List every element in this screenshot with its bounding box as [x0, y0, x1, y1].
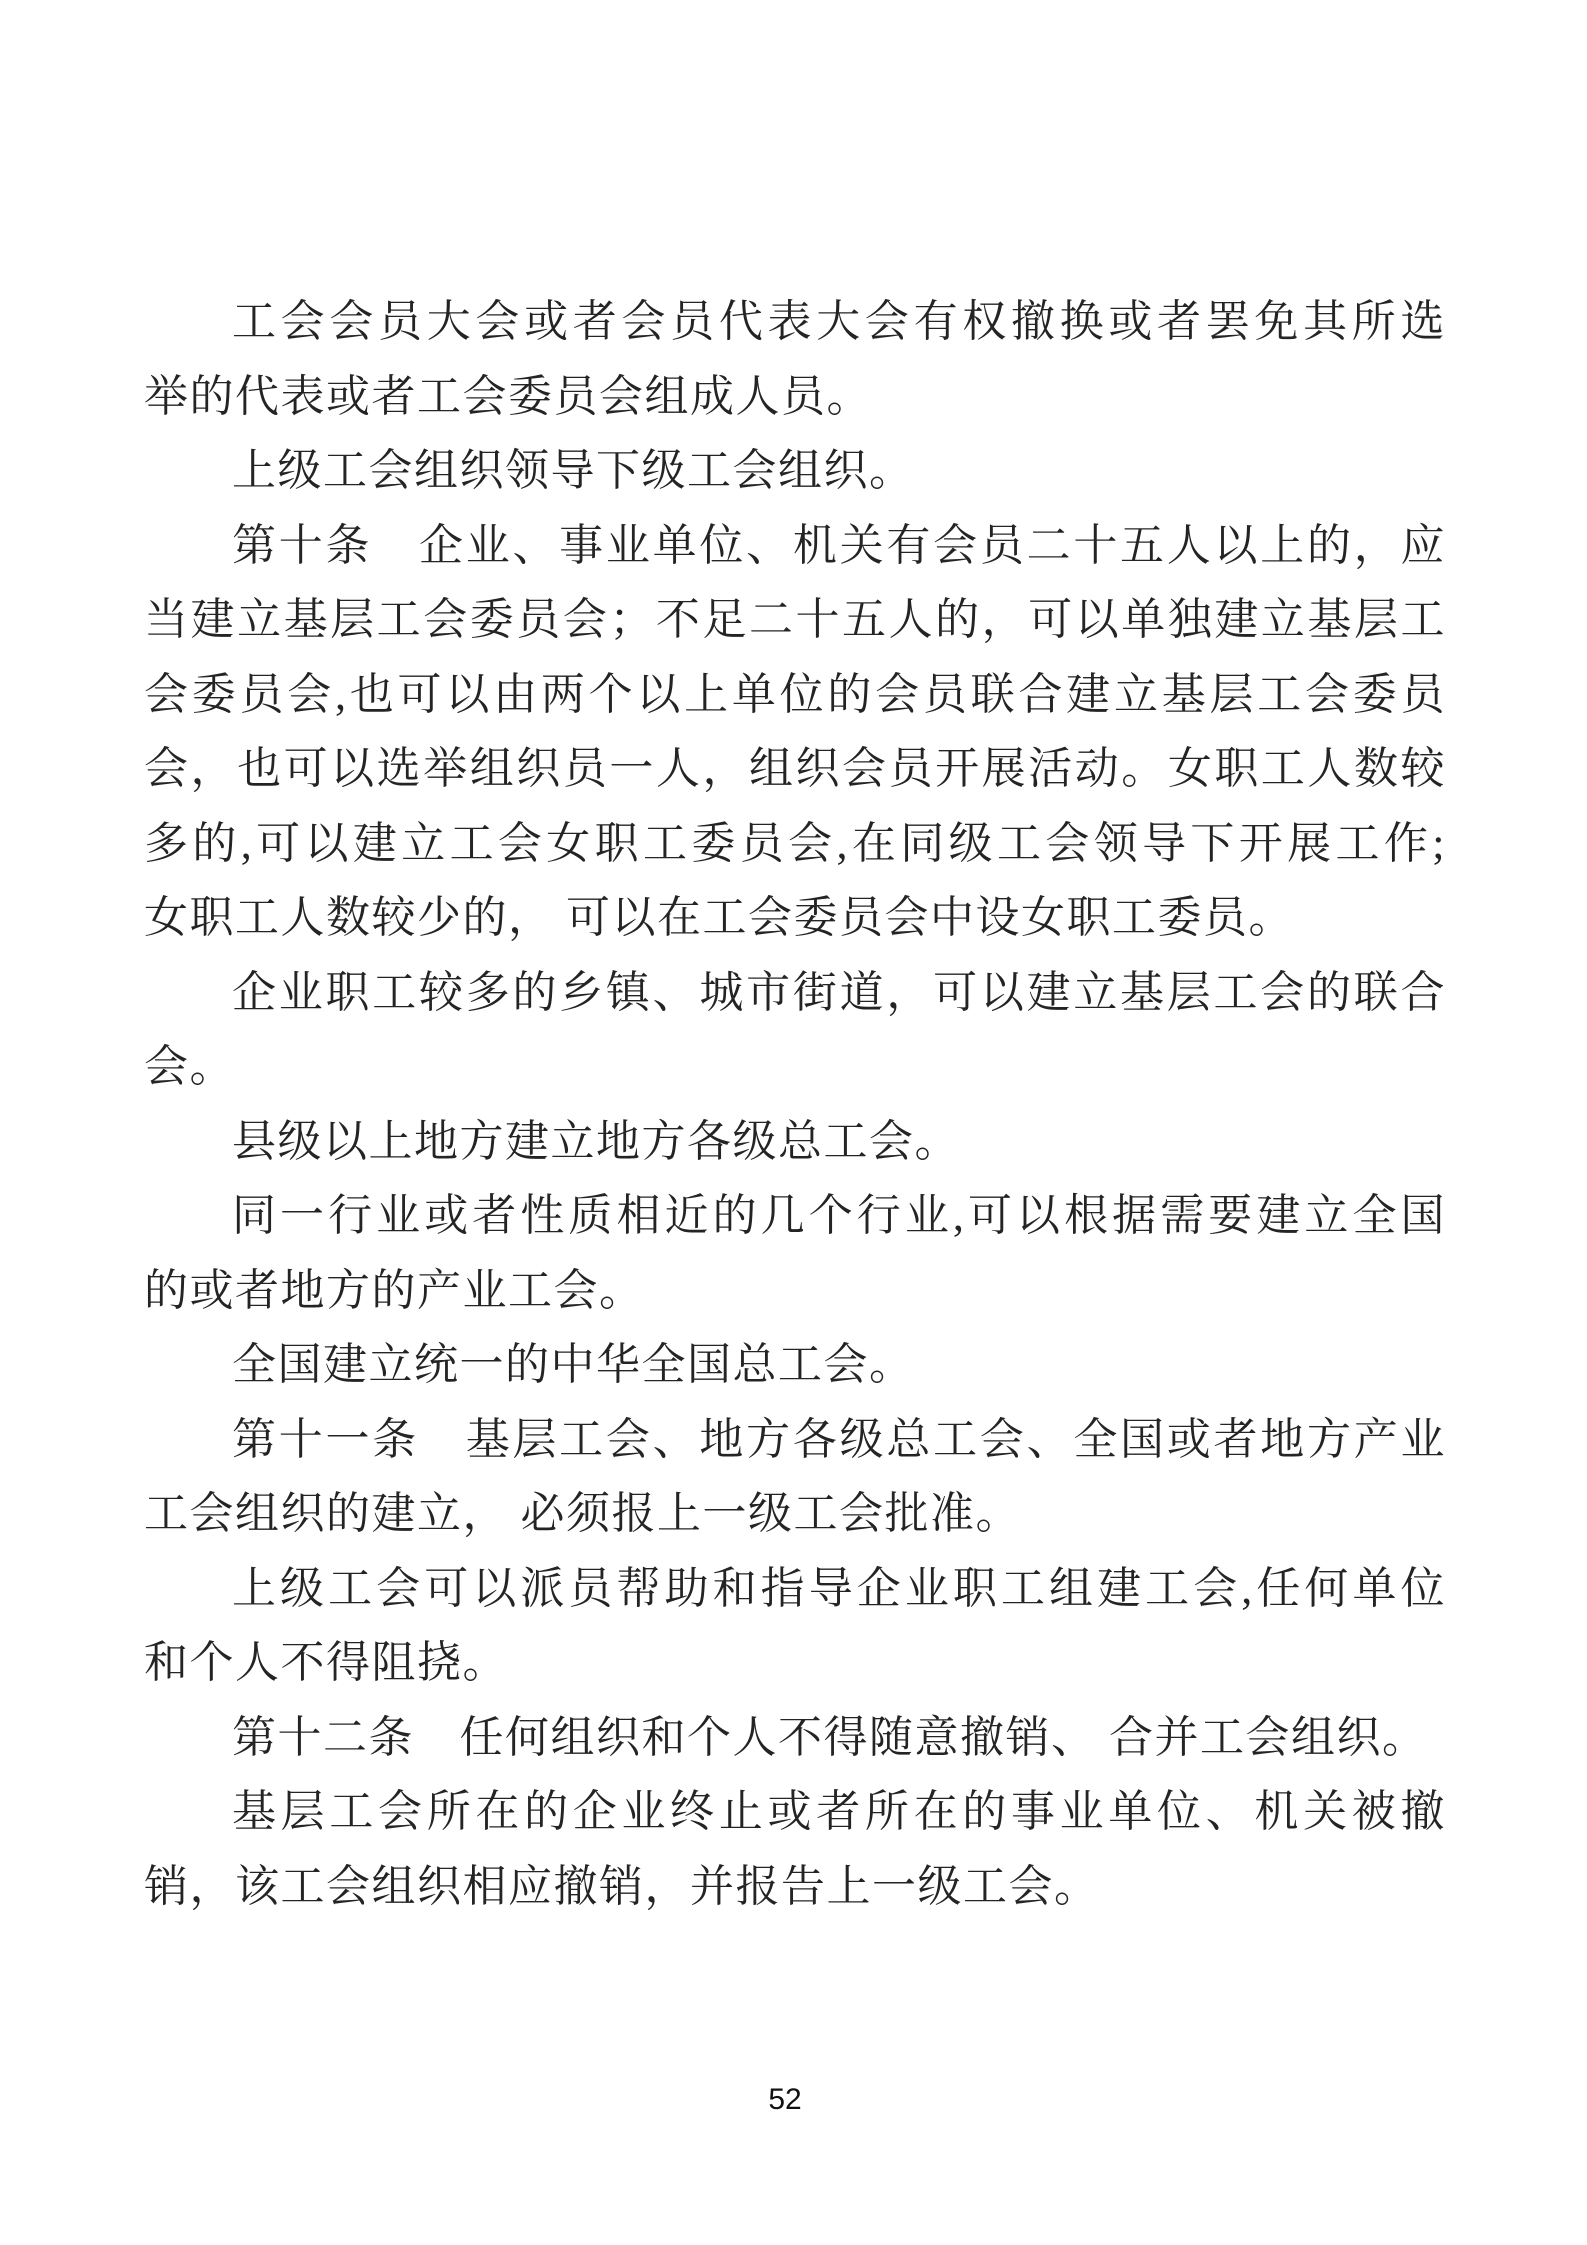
- text-block: 工会会员大会或者会员代表大会有权撤换或者罢免其所选举的代表或者工会委员会组成人员…: [144, 285, 1446, 1924]
- text-line: 县级以上地方建立地方各级总工会。: [144, 1105, 1446, 1180]
- text-line: 上级工会可以派员帮助和指导企业职工组建工会,任何单位: [144, 1552, 1446, 1627]
- paragraph: 上级工会可以派员帮助和指导企业职工组建工会,任何单位和个人不得阻挠。: [144, 1552, 1446, 1701]
- paragraph: 上级工会组织领导下级工会组织。: [144, 434, 1446, 509]
- paragraph: 工会会员大会或者会员代表大会有权撤换或者罢免其所选举的代表或者工会委员会组成人员…: [144, 285, 1446, 434]
- text-line: 工会会员大会或者会员代表大会有权撤换或者罢免其所选: [144, 285, 1446, 360]
- text-line: 和个人不得阻挠。: [144, 1626, 1446, 1701]
- text-line: 多的,可以建立工会女职工委员会,在同级工会领导下开展工作;: [144, 807, 1446, 882]
- text-line: 会委员会,也可以由两个以上单位的会员联合建立基层工会委员: [144, 658, 1446, 733]
- text-line: 女职工人数较少的， 可以在工会委员会中设女职工委员。: [144, 881, 1446, 956]
- paragraph: 基层工会所在的企业终止或者所在的事业单位、机关被撤销，该工会组织相应撤销，并报告…: [144, 1775, 1446, 1924]
- text-line: 举的代表或者工会委员会组成人员。: [144, 360, 1446, 435]
- text-line: 第十二条 任何组织和个人不得随意撤销、 合并工会组织。: [144, 1701, 1446, 1776]
- document-page: 工会会员大会或者会员代表大会有权撤换或者罢免其所选举的代表或者工会委员会组成人员…: [0, 0, 1587, 2245]
- paragraph: 企业职工较多的乡镇、城市街道，可以建立基层工会的联合会。: [144, 956, 1446, 1105]
- text-line: 全国建立统一的中华全国总工会。: [144, 1328, 1446, 1403]
- text-line: 上级工会组织领导下级工会组织。: [144, 434, 1446, 509]
- text-line: 企业职工较多的乡镇、城市街道，可以建立基层工会的联合: [144, 956, 1446, 1031]
- text-line: 会。: [144, 1030, 1446, 1105]
- paragraph: 县级以上地方建立地方各级总工会。: [144, 1105, 1446, 1180]
- text-line: 工会组织的建立， 必须报上一级工会批准。: [144, 1477, 1446, 1552]
- text-line: 同一行业或者性质相近的几个行业,可以根据需要建立全国: [144, 1179, 1446, 1254]
- text-line: 基层工会所在的企业终止或者所在的事业单位、机关被撤: [144, 1775, 1446, 1850]
- text-line: 会，也可以选举组织员一人，组织会员开展活动。女职工人数较: [144, 732, 1446, 807]
- paragraph: 第十二条 任何组织和个人不得随意撤销、 合并工会组织。: [144, 1701, 1446, 1776]
- text-line: 销，该工会组织相应撤销，并报告上一级工会。: [144, 1850, 1446, 1925]
- page-number: 52: [0, 2083, 1570, 2117]
- text-line: 第十一条 基层工会、地方各级总工会、全国或者地方产业: [144, 1403, 1446, 1478]
- text-line: 的或者地方的产业工会。: [144, 1254, 1446, 1329]
- paragraph: 第十条 企业、事业单位、机关有会员二十五人以上的，应当建立基层工会委员会；不足二…: [144, 509, 1446, 956]
- text-line: 当建立基层工会委员会；不足二十五人的，可以单独建立基层工: [144, 583, 1446, 658]
- text-line: 第十条 企业、事业单位、机关有会员二十五人以上的，应: [144, 509, 1446, 584]
- paragraph: 全国建立统一的中华全国总工会。: [144, 1328, 1446, 1403]
- paragraph: 第十一条 基层工会、地方各级总工会、全国或者地方产业工会组织的建立， 必须报上一…: [144, 1403, 1446, 1552]
- paragraph: 同一行业或者性质相近的几个行业,可以根据需要建立全国的或者地方的产业工会。: [144, 1179, 1446, 1328]
